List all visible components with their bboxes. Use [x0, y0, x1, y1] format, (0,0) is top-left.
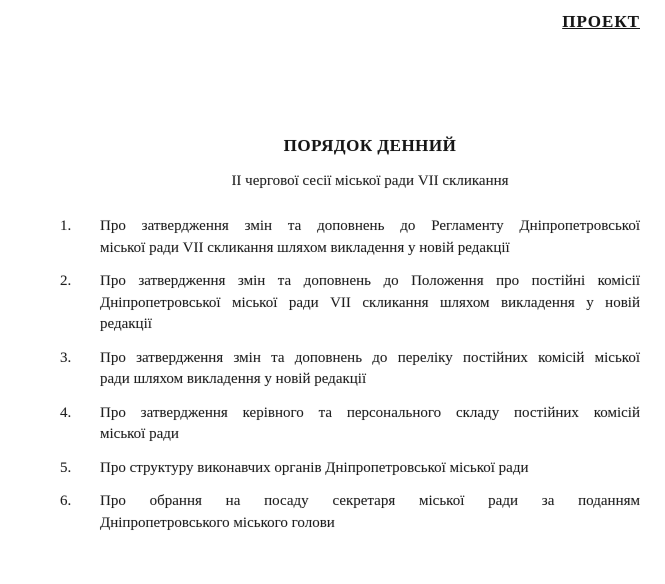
item-line: міської ради VII скликання шляхом виклад…: [100, 238, 640, 260]
agenda-item: 5.Про структуру виконавчих органів Дніпр…: [60, 458, 640, 480]
item-number: 2.: [60, 271, 100, 336]
item-line: Дніпропетровської міської ради VII склик…: [100, 293, 640, 315]
page-title: ПОРЯДОК ДЕННИЙ: [100, 136, 640, 156]
item-line: Про обрання на посаду секретаря міської …: [100, 491, 640, 513]
item-line: Про затвердження змін та доповнень до пе…: [100, 348, 640, 370]
agenda-list: 1.Про затвердження змін та доповнень до …: [60, 216, 640, 534]
agenda-item: 2.Про затвердження змін та доповнень до …: [60, 271, 640, 336]
item-line: Про затвердження змін та доповнень до Ре…: [100, 216, 640, 238]
item-number: 5.: [60, 458, 100, 480]
item-text: Про затвердження змін та доповнень до По…: [100, 271, 640, 336]
item-number: 1.: [60, 216, 100, 259]
item-number: 4.: [60, 403, 100, 446]
agenda-item: 3.Про затвердження змін та доповнень до …: [60, 348, 640, 391]
draft-stamp-label: ПРОЕКТ: [562, 12, 640, 31]
item-text: Про затвердження змін та доповнень до пе…: [100, 348, 640, 391]
item-line: Дніпропетровського міського голови: [100, 513, 640, 535]
item-number: 3.: [60, 348, 100, 391]
item-line: ради шляхом викладення у новій редакції: [100, 369, 640, 391]
item-line: міської ради: [100, 424, 640, 446]
item-number: 6.: [60, 491, 100, 534]
agenda-item: 6.Про обрання на посаду секретаря місько…: [60, 491, 640, 534]
item-line: редакції: [100, 314, 640, 336]
item-line: Про затвердження керівного та персональн…: [100, 403, 640, 425]
agenda-item: 1.Про затвердження змін та доповнень до …: [60, 216, 640, 259]
item-text: Про затвердження змін та доповнень до Ре…: [100, 216, 640, 259]
item-line: Про затвердження змін та доповнень до По…: [100, 271, 640, 293]
document-page: ПРОЕКТ ПОРЯДОК ДЕННИЙ II чергової сесії …: [0, 0, 665, 584]
stamp-row: ПРОЕКТ: [60, 12, 640, 32]
item-line: Про структуру виконавчих органів Дніпроп…: [100, 458, 640, 480]
page-subtitle: II чергової сесії міської ради VII склик…: [100, 173, 640, 190]
agenda-item: 4.Про затвердження керівного та персонал…: [60, 403, 640, 446]
item-text: Про обрання на посаду секретаря міської …: [100, 491, 640, 534]
item-text: Про структуру виконавчих органів Дніпроп…: [100, 458, 640, 480]
item-text: Про затвердження керівного та персональн…: [100, 403, 640, 446]
